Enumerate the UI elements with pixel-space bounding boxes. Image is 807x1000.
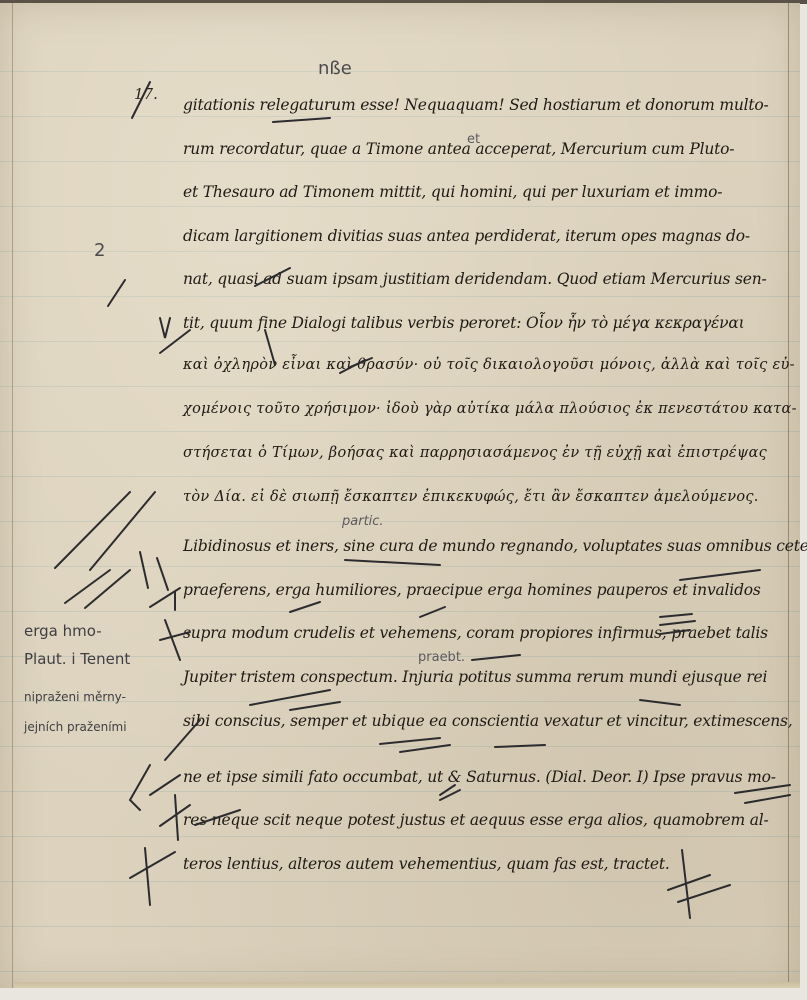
correction-above-line-1: nße xyxy=(318,58,352,79)
text-line-4: dicam largitionem divitias suas antea pe… xyxy=(183,227,783,245)
text-line-13: supra modum crudelis et vehemens, coram … xyxy=(183,624,783,642)
text-line-10-greek: τὸν Δία. εἰ δὲ σιωπῇ ἔσκαπτεν ἐπικεκυφώς… xyxy=(183,489,783,505)
text-line-8-greek: χομένοις τοῦτο χρήσιμον· ἰδοὺ γὰρ αὐτίκα… xyxy=(183,401,783,417)
text-line-15: sibi conscius, semper et ubique ea consc… xyxy=(183,712,783,730)
text-line-14: Jupiter tristem conspectum. Injuria poti… xyxy=(183,668,783,686)
text-line-17: res neque scit neque potest justus et ae… xyxy=(183,811,783,829)
text-line-7-greek: καὶ ὀχληρὸν εἶναι καὶ θρασύν· οὐ τοῖς δι… xyxy=(183,357,783,373)
text-line-11: Libidinosus et iners, sine cura de mundo… xyxy=(183,537,783,555)
page-right-edge xyxy=(788,3,789,988)
text-line-6: tit, quum fine Dialogi talibus verbis pe… xyxy=(183,314,783,332)
text-line-16: ne et ipse simili fato occumbat, ut & Sa… xyxy=(183,768,783,786)
text-line-12: praeferens, erga humiliores, praecipue e… xyxy=(183,581,783,599)
margin-note-1: erga hmo- xyxy=(24,622,102,640)
correction-above-line-14: praebt. xyxy=(418,650,465,665)
text-line-18: teros lentius, alteros autem vehementius… xyxy=(183,855,783,873)
correction-above-line-11: partic. xyxy=(342,514,384,529)
text-line-5: nat, quasi ad suam ipsam justitiam derid… xyxy=(183,270,783,288)
text-line-9-greek: στήσεται ὁ Τίμων, βοήσας καὶ παρρησιασάμ… xyxy=(183,445,783,461)
margin-mark-2: 2 xyxy=(94,240,105,261)
margin-note-3: nipraženi měrny- xyxy=(24,690,126,704)
text-line-3: et Thesauro ad Timonem mittit, qui homin… xyxy=(183,183,783,201)
margin-note-2: Plaut. i Tenent xyxy=(24,650,130,668)
margin-note-4: jejních praženími xyxy=(24,720,127,734)
page-number: 17. xyxy=(134,85,158,103)
page-left-edge xyxy=(12,3,13,988)
text-line-1: gitationis relegaturum esse! Nequaquam! … xyxy=(183,96,783,114)
text-line-2: rum recordatur, quae a Timone antea acce… xyxy=(183,140,783,158)
page-bottom-edge xyxy=(14,982,800,988)
